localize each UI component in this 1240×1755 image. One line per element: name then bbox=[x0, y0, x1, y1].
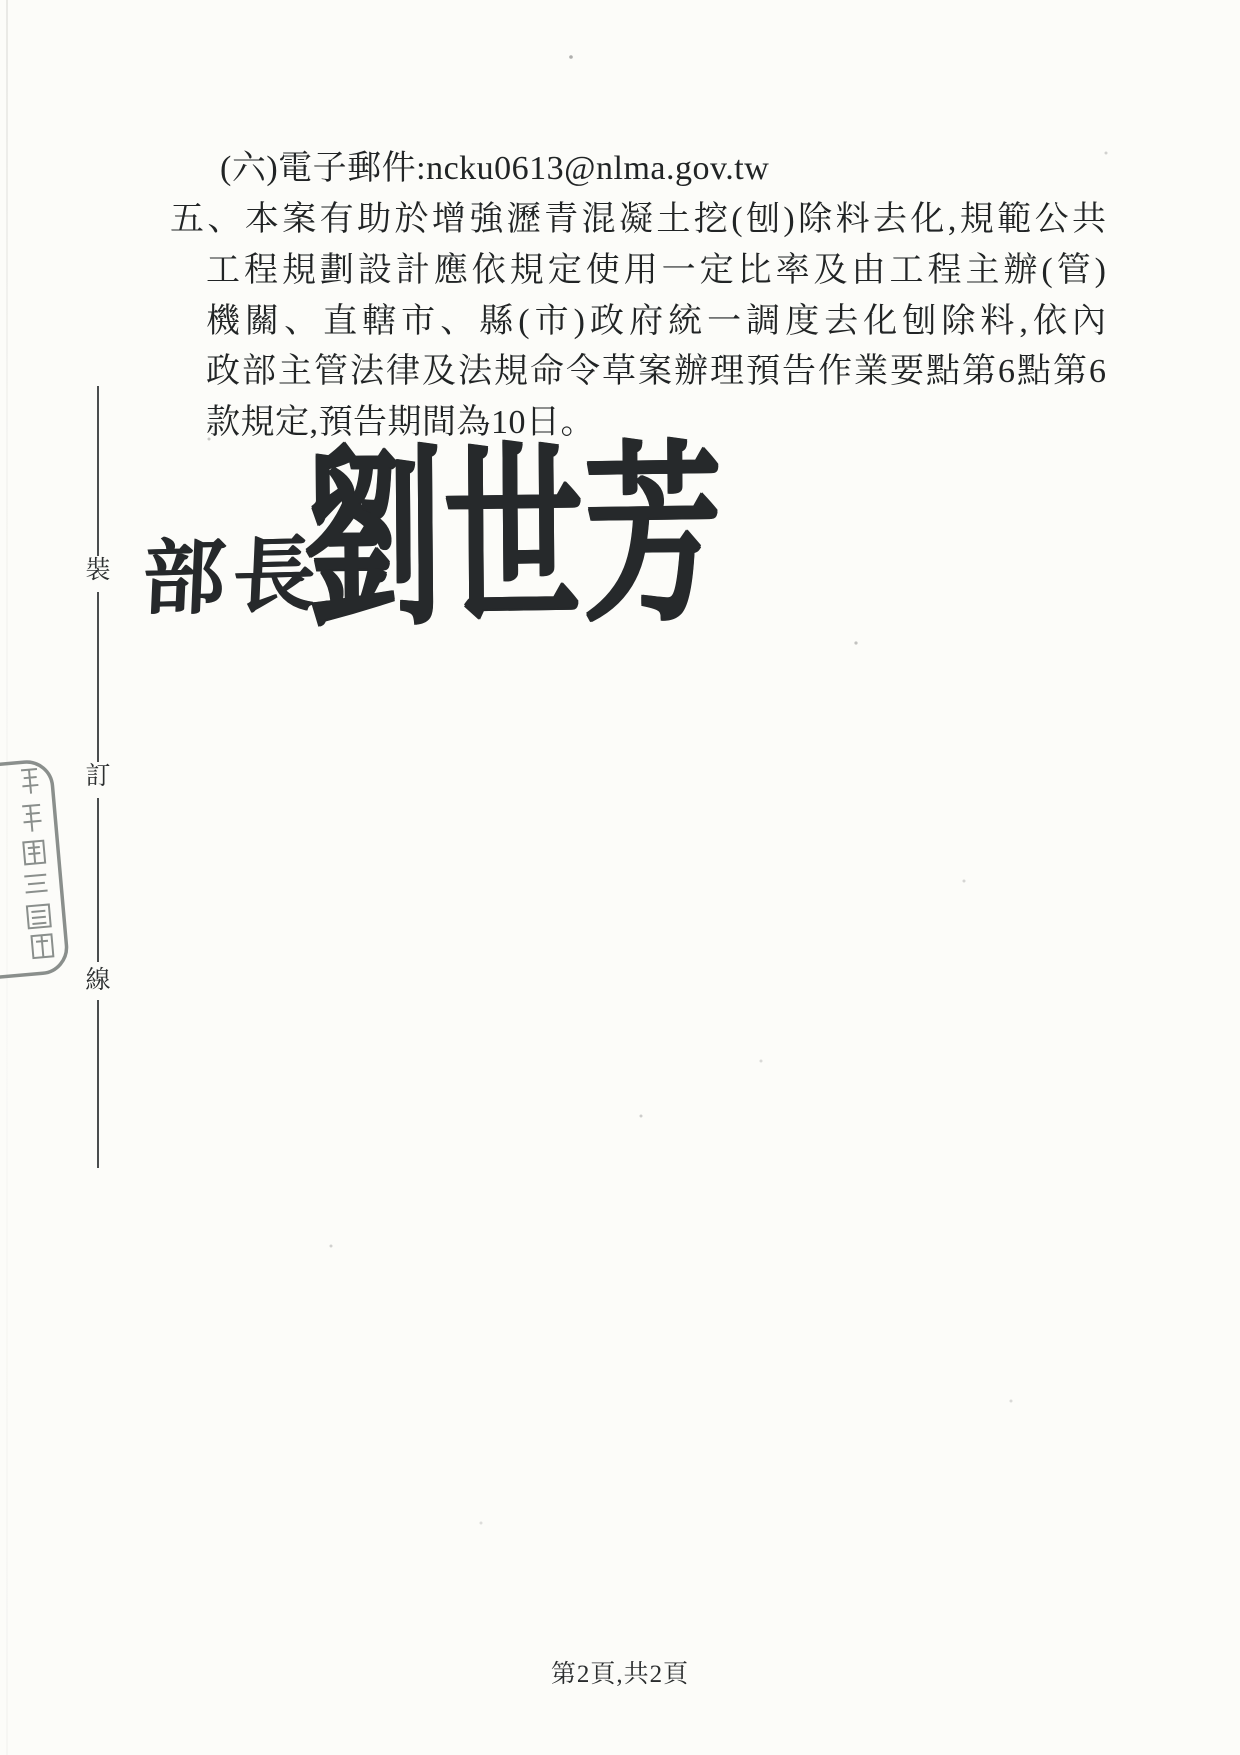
binding-line-segment bbox=[97, 386, 99, 556]
page-footer: 第2頁,共2頁 bbox=[0, 1654, 1240, 1690]
binding-label-zhuang: 裝 bbox=[82, 556, 114, 586]
binding-line-segment bbox=[97, 798, 99, 962]
paragraph-5-line-2: 工程規劃設計應依規定使用一定比率及由工程主辦(管) bbox=[206, 248, 1106, 294]
seal-border bbox=[0, 760, 69, 983]
seal-glyphs bbox=[15, 769, 53, 958]
paragraph-5-line-1: 五、本案有助於增強瀝青混凝土挖(刨)除料去化,規範公共 bbox=[170, 197, 1106, 243]
scanned-document-page: 裝 訂 線 (六)電子郵件:ncku0613@nlma.gov.tw 五、 bbox=[0, 0, 1240, 1755]
email-line: (六)電子郵件:ncku0613@nlma.gov.tw bbox=[220, 146, 769, 192]
minister-signature: 劉世芳 bbox=[303, 430, 724, 647]
binding-line-segment bbox=[97, 592, 99, 762]
scan-noise-specks bbox=[0, 0, 2, 2]
paragraph-5-line-4: 政部主管法律及法規命令草案辦理預告作業要點第6點第6 bbox=[206, 349, 1106, 395]
paragraph-5-line-3: 機關、直轄市、縣(市)政府統一調度去化刨除料,依內 bbox=[206, 299, 1106, 345]
minister-title: 部長 bbox=[140, 510, 325, 632]
binding-line-segment bbox=[97, 1000, 99, 1168]
official-seal-stamp-icon bbox=[0, 754, 88, 992]
page-number: 第2頁,共2頁 bbox=[551, 1661, 689, 1688]
